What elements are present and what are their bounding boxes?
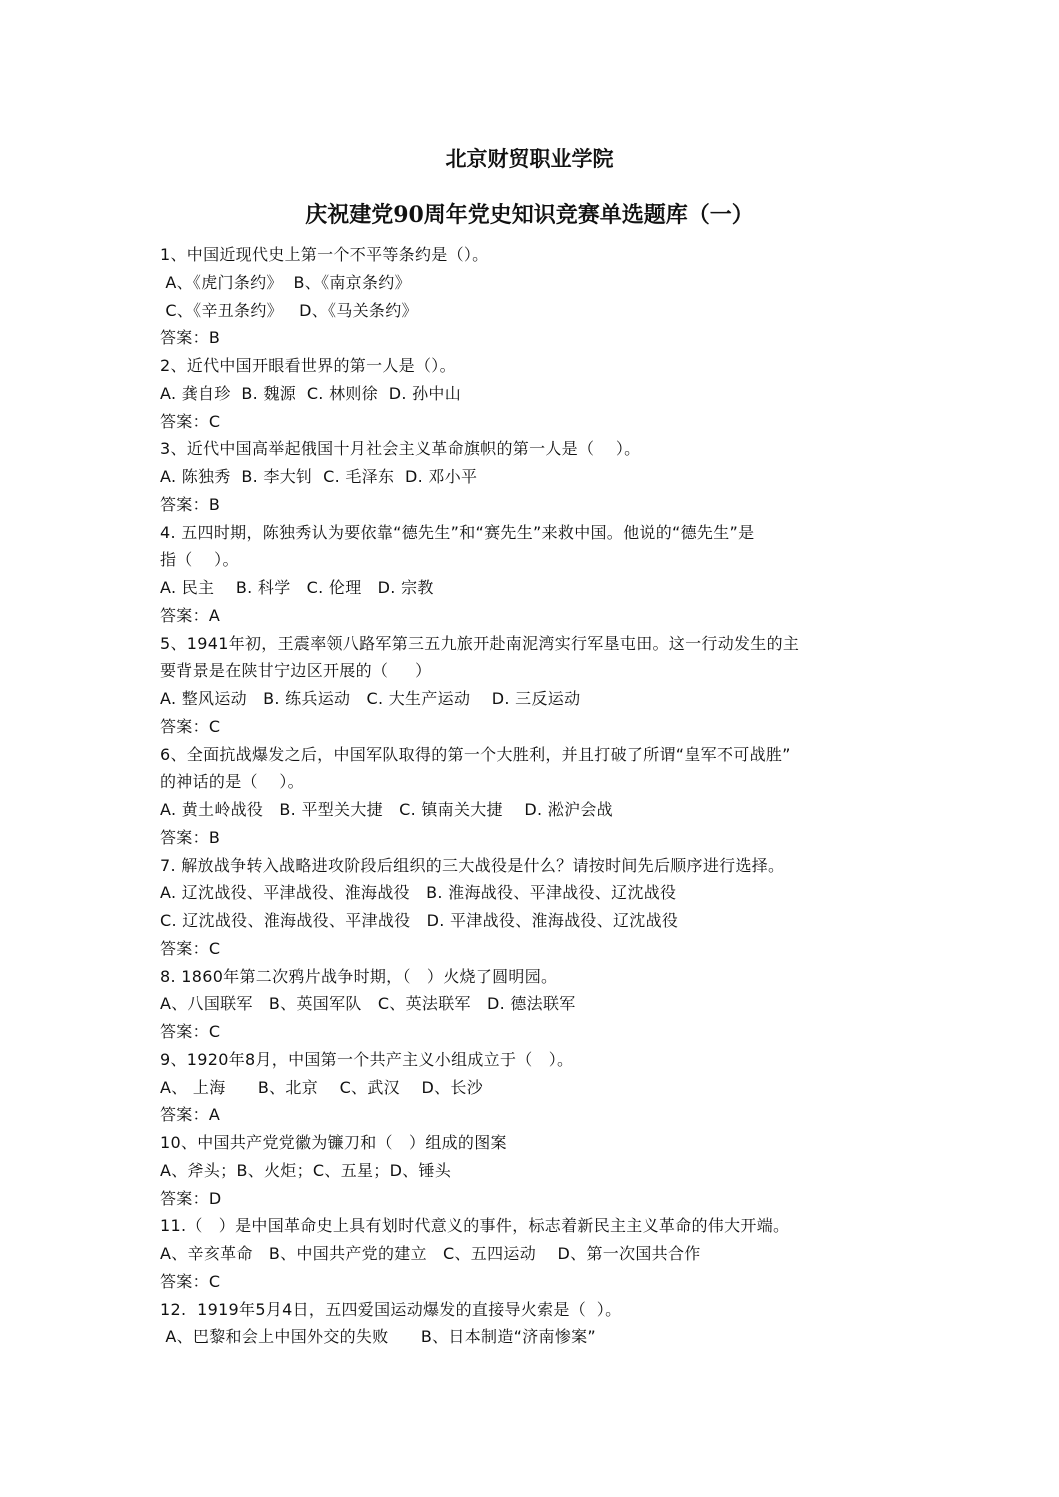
option-line: C、《辛丑条约》 D、《马关条约》 bbox=[160, 297, 910, 325]
answer-line: 答案：C bbox=[160, 1268, 910, 1296]
option-line: A、巴黎和会上中国外交的失败 B、日本制造“济南惨案” bbox=[160, 1323, 910, 1351]
option-line: A. 民主 B. 科学 C. 伦理 D. 宗教 bbox=[160, 574, 910, 602]
answer-line: 答案：D bbox=[160, 1185, 910, 1213]
option-line: C. 辽沈战役、淮海战役、平津战役 D. 平津战役、淮海战役、辽沈战役 bbox=[160, 907, 910, 935]
question-line: 的神话的是（ ）。 bbox=[160, 768, 910, 796]
institution-title: 北京财贸职业学院 bbox=[0, 143, 1059, 173]
document-title: 庆祝建党90周年党史知识竞赛单选题库（一） bbox=[0, 198, 1059, 229]
option-line: A、斧头；B、火炬；C、五星；D、锤头 bbox=[160, 1157, 910, 1185]
document-page: 北京财贸职业学院 庆祝建党90周年党史知识竞赛单选题库（一） 1、中国近现代史上… bbox=[0, 0, 1059, 1497]
option-line: A. 整风运动 B. 练兵运动 C. 大生产运动 D. 三反运动 bbox=[160, 685, 910, 713]
option-line: A. 陈独秀 B. 李大钊 C. 毛泽东 D. 邓小平 bbox=[160, 463, 910, 491]
question-line: 要背景是在陕甘宁边区开展的（ ） bbox=[160, 657, 910, 685]
option-line: A. 辽沈战役、平津战役、淮海战役 B. 淮海战役、平津战役、辽沈战役 bbox=[160, 879, 910, 907]
question-line: 2、近代中国开眼看世界的第一人是（）。 bbox=[160, 352, 910, 380]
answer-line: 答案：A bbox=[160, 1101, 910, 1129]
option-line: A. 龚自珍 B. 魏源 C. 林则徐 D. 孙中山 bbox=[160, 380, 910, 408]
answer-line: 答案：C bbox=[160, 408, 910, 436]
question-line: 3、近代中国高举起俄国十月社会主义革命旗帜的第一人是（ ）。 bbox=[160, 435, 910, 463]
question-line: 1、中国近现代史上第一个不平等条约是（）。 bbox=[160, 241, 910, 269]
question-line: 11.（ ）是中国革命史上具有划时代意义的事件，标志着新民主主义革命的伟大开端。 bbox=[160, 1212, 910, 1240]
option-line: A. 黄土岭战役 B. 平型关大捷 C. 镇南关大捷 D. 淞沪会战 bbox=[160, 796, 910, 824]
question-line: 指（ ）。 bbox=[160, 546, 910, 574]
answer-line: 答案：C bbox=[160, 935, 910, 963]
question-line: 8. 1860年第二次鸦片战争时期，（ ）火烧了圆明园。 bbox=[160, 963, 910, 991]
answer-line: 答案：C bbox=[160, 713, 910, 741]
answer-line: 答案：A bbox=[160, 602, 910, 630]
answer-line: 答案：C bbox=[160, 1018, 910, 1046]
question-line: 10、中国共产党党徽为镰刀和（ ）组成的图案 bbox=[160, 1129, 910, 1157]
question-line: 12. 1919年5月4日，五四爱国运动爆发的直接导火索是（ ）。 bbox=[160, 1296, 910, 1324]
option-line: A、八国联军 B、英国军队 C、英法联军 D. 德法联军 bbox=[160, 990, 910, 1018]
question-line: 4. 五四时期，陈独秀认为要依靠“德先生”和“赛先生”来救中国。他说的“德先生”… bbox=[160, 519, 910, 547]
question-line: 7. 解放战争转入战略进攻阶段后组织的三大战役是什么？请按时间先后顺序进行选择。 bbox=[160, 852, 910, 880]
question-line: 6、全面抗战爆发之后，中国军队取得的第一个大胜利，并且打破了所谓“皇军不可战胜” bbox=[160, 741, 910, 769]
question-line: 9、1920年8月，中国第一个共产主义小组成立于（ ）。 bbox=[160, 1046, 910, 1074]
option-line: A、《虎门条约》 B、《南京条约》 bbox=[160, 269, 910, 297]
option-line: A、 上海 B、北京 C、武汉 D、长沙 bbox=[160, 1074, 910, 1102]
answer-line: 答案：B bbox=[160, 324, 910, 352]
question-line: 5、1941年初，王震率领八路军第三五九旅开赴南泥湾实行军垦屯田。这一行动发生的… bbox=[160, 630, 910, 658]
question-list: 1、中国近现代史上第一个不平等条约是（）。 A、《虎门条约》 B、《南京条约》 … bbox=[160, 241, 910, 1351]
answer-line: 答案：B bbox=[160, 491, 910, 519]
answer-line: 答案：B bbox=[160, 824, 910, 852]
option-line: A、辛亥革命 B、中国共产党的建立 C、五四运动 D、第一次国共合作 bbox=[160, 1240, 910, 1268]
